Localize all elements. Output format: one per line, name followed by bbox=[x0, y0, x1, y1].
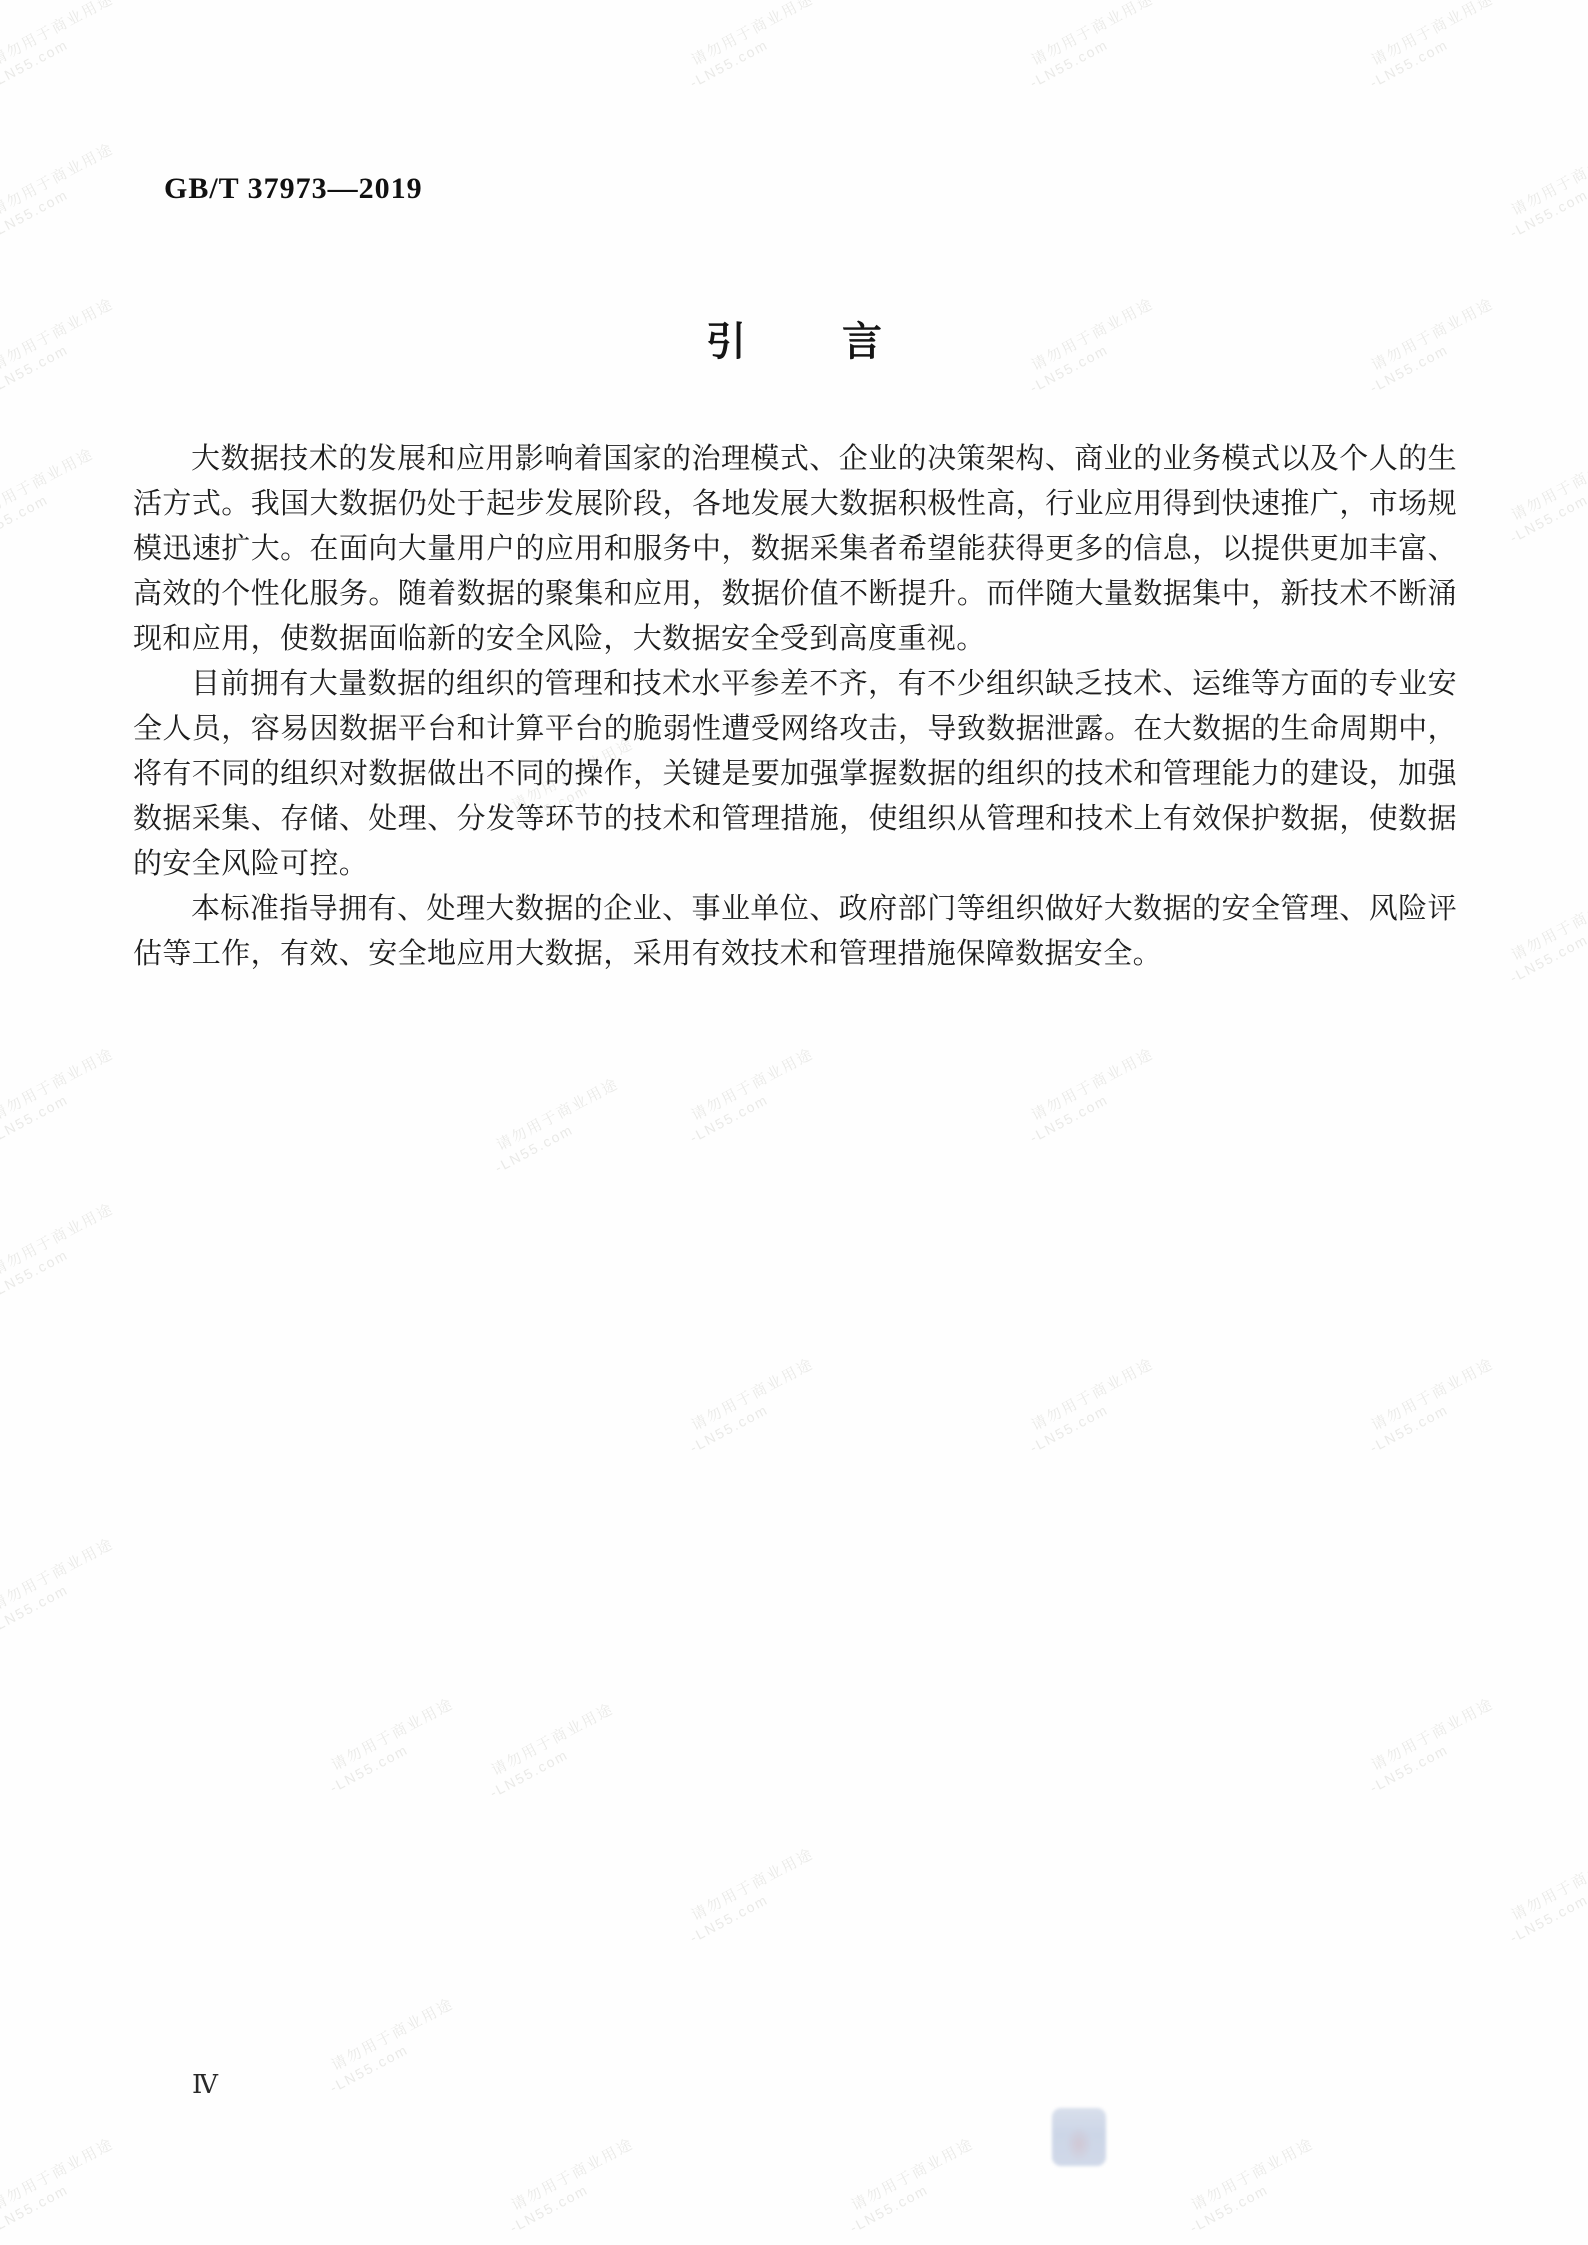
watermark-text: 请勿用于商业用途 bbox=[678, 1045, 817, 1131]
watermark-url: -LN55.com bbox=[507, 2152, 646, 2237]
watermark-text: 请勿用于商业用途 bbox=[678, 0, 817, 76]
watermark-url: -LN55.com bbox=[0, 7, 126, 92]
watermark-text: 请勿用于商业用途 bbox=[0, 1045, 118, 1131]
watermark: 请勿用于商业用途-LN55.com bbox=[1018, 0, 1166, 92]
watermark: 请勿用于商业用途-LN55.com bbox=[678, 1845, 826, 1946]
watermark-url: -LN55.com bbox=[0, 1217, 126, 1302]
watermark-url: -LN55.com bbox=[1507, 1862, 1588, 1947]
watermark-text: 请勿用于商业用途 bbox=[478, 1700, 617, 1786]
watermark-url: -LN55.com bbox=[1367, 1372, 1506, 1457]
watermark-text: 请勿用于商业用途 bbox=[678, 1845, 817, 1931]
paragraph-2: 目前拥有大量数据的组织的管理和技术水平参差不齐，有不少组织缺乏技术、运维等方面的… bbox=[133, 662, 1457, 887]
watermark-url: -LN55.com bbox=[1507, 902, 1588, 987]
paragraph-1: 大数据技术的发展和应用影响着国家的治理模式、企业的决策架构、商业的业务模式以及个… bbox=[133, 437, 1457, 662]
watermark-text: 请勿用于商业用途 bbox=[678, 1355, 817, 1441]
watermark-text: 请勿用于商业用途 bbox=[0, 1535, 118, 1621]
watermark: 请勿用于商业用途-LN55.com bbox=[0, 1045, 126, 1146]
watermark-url: -LN55.com bbox=[687, 7, 826, 92]
watermark: 请勿用于商业用途-LN55.com bbox=[678, 0, 826, 92]
watermark-text: 请勿用于商业用途 bbox=[1498, 140, 1588, 226]
blue-stamp-blob bbox=[1052, 2108, 1106, 2166]
watermark: 请勿用于商业用途-LN55.com bbox=[318, 1695, 466, 1796]
page-title-char-1: 引 bbox=[706, 310, 746, 367]
watermark-text: 请勿用于商业用途 bbox=[483, 1075, 622, 1161]
watermark-text: 请勿用于商业用途 bbox=[1358, 1695, 1497, 1781]
watermark-text: 请勿用于商业用途 bbox=[318, 1995, 457, 2081]
page-title-char-2: 言 bbox=[842, 310, 882, 367]
watermark-url: -LN55.com bbox=[327, 2012, 466, 2097]
watermark: 请勿用于商业用途-LN55.com bbox=[1018, 1045, 1166, 1146]
watermark-url: -LN55.com bbox=[487, 1717, 626, 1802]
watermark-url: -LN55.com bbox=[687, 1372, 826, 1457]
watermark-text: 请勿用于商业用途 bbox=[0, 2135, 118, 2221]
body-text: 大数据技术的发展和应用影响着国家的治理模式、企业的决策架构、商业的业务模式以及个… bbox=[133, 437, 1457, 977]
watermark-text: 请勿用于商业用途 bbox=[0, 0, 118, 76]
watermark: 请勿用于商业用途-LN55.com bbox=[1358, 0, 1506, 92]
watermark-url: -LN55.com bbox=[0, 157, 126, 242]
watermark: 请勿用于商业用途-LN55.com bbox=[0, 2135, 126, 2236]
watermark: 请勿用于商业用途-LN55.com bbox=[838, 2135, 986, 2236]
watermark: 请勿用于商业用途-LN55.com bbox=[678, 1045, 826, 1146]
watermark: 请勿用于商业用途-LN55.com bbox=[318, 1995, 466, 2096]
watermark-text: 请勿用于商业用途 bbox=[0, 1200, 118, 1286]
watermark-url: -LN55.com bbox=[687, 1862, 826, 1947]
watermark-url: -LN55.com bbox=[1187, 2152, 1326, 2237]
watermark-text: 请勿用于商业用途 bbox=[1358, 1355, 1497, 1441]
watermark-text: 请勿用于商业用途 bbox=[1498, 885, 1588, 971]
watermark: 请勿用于商业用途-LN55.com bbox=[0, 140, 126, 241]
watermark-url: -LN55.com bbox=[1027, 7, 1166, 92]
watermark: 请勿用于商业用途-LN55.com bbox=[0, 1535, 126, 1636]
watermark: 请勿用于商业用途-LN55.com bbox=[1498, 885, 1588, 986]
page-number: Ⅳ bbox=[192, 2070, 218, 2100]
document-page: 请勿用于商业用途-LN55.com请勿用于商业用途-LN55.com请勿用于商业… bbox=[0, 0, 1588, 2245]
watermark-text: 请勿用于商业用途 bbox=[1018, 0, 1157, 76]
watermark-url: -LN55.com bbox=[1027, 1062, 1166, 1147]
standard-code: GB/T 37973—2019 bbox=[164, 172, 423, 206]
paragraph-3: 本标准指导拥有、处理大数据的企业、事业单位、政府部门等组织做好大数据的安全管理、… bbox=[133, 887, 1457, 977]
watermark-url: -LN55.com bbox=[1507, 462, 1588, 547]
watermark-url: -LN55.com bbox=[1367, 1712, 1506, 1797]
watermark-text: 请勿用于商业用途 bbox=[1178, 2135, 1317, 2221]
watermark-url: -LN55.com bbox=[1027, 1372, 1166, 1457]
watermark: 请勿用于商业用途-LN55.com bbox=[0, 1200, 126, 1301]
watermark-url: -LN55.com bbox=[492, 1092, 631, 1177]
watermark-url: -LN55.com bbox=[0, 1552, 126, 1637]
watermark-text: 请勿用于商业用途 bbox=[1018, 1045, 1157, 1131]
watermark: 请勿用于商业用途-LN55.com bbox=[1498, 445, 1588, 546]
watermark-text: 请勿用于商业用途 bbox=[318, 1695, 457, 1781]
watermark: 请勿用于商业用途-LN55.com bbox=[1358, 1355, 1506, 1456]
watermark: 请勿用于商业用途-LN55.com bbox=[0, 0, 126, 92]
watermark: 请勿用于商业用途-LN55.com bbox=[478, 1700, 626, 1801]
watermark-url: -LN55.com bbox=[0, 1062, 126, 1147]
watermark-text: 请勿用于商业用途 bbox=[498, 2135, 637, 2221]
watermark-text: 请勿用于商业用途 bbox=[838, 2135, 977, 2221]
watermark: 请勿用于商业用途-LN55.com bbox=[678, 1355, 826, 1456]
watermark-text: 请勿用于商业用途 bbox=[1358, 0, 1497, 76]
watermark-url: -LN55.com bbox=[0, 2152, 126, 2237]
watermark-text: 请勿用于商业用途 bbox=[1498, 1845, 1588, 1931]
watermark-url: -LN55.com bbox=[1367, 7, 1506, 92]
watermark-url: -LN55.com bbox=[687, 1062, 826, 1147]
watermark-url: -LN55.com bbox=[1507, 157, 1588, 242]
watermark-text: 请勿用于商业用途 bbox=[1018, 1355, 1157, 1441]
watermark: 请勿用于商业用途-LN55.com bbox=[1358, 1695, 1506, 1796]
watermark-url: -LN55.com bbox=[847, 2152, 986, 2237]
watermark-text: 请勿用于商业用途 bbox=[0, 445, 98, 531]
page-title: 引 言 bbox=[0, 310, 1588, 367]
watermark: 请勿用于商业用途-LN55.com bbox=[0, 445, 106, 546]
watermark: 请勿用于商业用途-LN55.com bbox=[483, 1075, 631, 1176]
watermark: 请勿用于商业用途-LN55.com bbox=[1178, 2135, 1326, 2236]
watermark-url: -LN55.com bbox=[327, 1712, 466, 1797]
watermark-text: 请勿用于商业用途 bbox=[0, 140, 118, 226]
watermark-text: 请勿用于商业用途 bbox=[1498, 445, 1588, 531]
watermark-url: -LN55.com bbox=[0, 462, 106, 547]
watermark: 请勿用于商业用途-LN55.com bbox=[1498, 140, 1588, 241]
watermark: 请勿用于商业用途-LN55.com bbox=[1018, 1355, 1166, 1456]
watermark: 请勿用于商业用途-LN55.com bbox=[1498, 1845, 1588, 1946]
watermark: 请勿用于商业用途-LN55.com bbox=[498, 2135, 646, 2236]
